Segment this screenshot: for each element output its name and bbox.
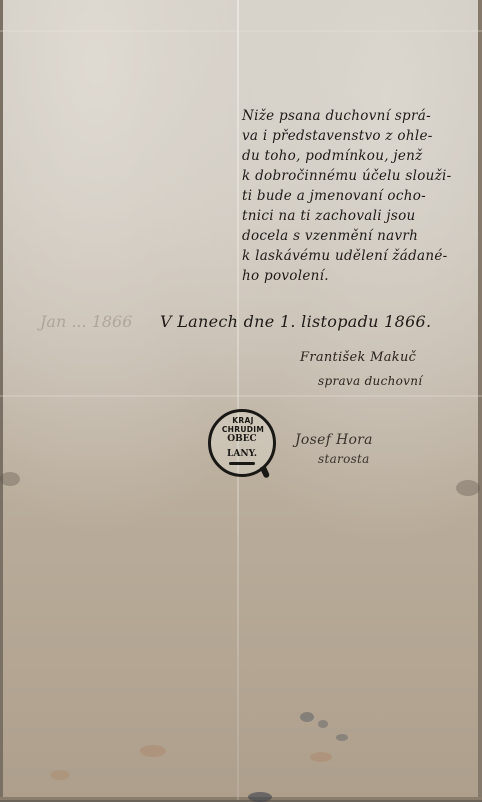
signature-name: Josef Hora bbox=[295, 432, 373, 448]
rust-stain bbox=[50, 770, 70, 780]
body-line: ho povolení. bbox=[242, 268, 329, 284]
stamp-ornament-icon bbox=[229, 462, 255, 465]
horizontal-fold-crease bbox=[0, 30, 482, 32]
body-line: ti bude a jmenovaní ocho- bbox=[242, 188, 426, 204]
stamp-arc-text: KRAJ CHRUDIM bbox=[217, 416, 269, 434]
body-line: tnici na ti zachovali jsou bbox=[242, 208, 416, 224]
signature-role: starosta bbox=[318, 452, 370, 466]
ink-stain bbox=[336, 734, 348, 741]
horizontal-fold-crease bbox=[0, 395, 482, 397]
dark-spot bbox=[248, 792, 272, 800]
rust-stain bbox=[310, 752, 332, 762]
body-line: k laskávému udělení žádané- bbox=[242, 248, 448, 264]
vertical-fold-crease bbox=[237, 0, 239, 800]
page-edge-left bbox=[0, 0, 3, 800]
ink-drip bbox=[260, 465, 271, 478]
ink-stain bbox=[318, 720, 328, 728]
page-edge-right bbox=[478, 0, 482, 800]
signature-name: František Makuč bbox=[300, 350, 416, 365]
document-page: Jan ... 1866 Niže psana duchovní sprá- v… bbox=[0, 0, 482, 800]
body-line: Niže psana duchovní sprá- bbox=[242, 108, 431, 124]
body-line: va i představenstvo z ohle- bbox=[242, 128, 433, 144]
faded-bleedthrough-text: Jan ... 1866 bbox=[40, 312, 132, 331]
stamp-bottom-text: LANY. bbox=[211, 449, 273, 459]
rust-stain bbox=[140, 745, 166, 757]
signature-role: sprava duchovní bbox=[318, 374, 422, 388]
body-line: docela s vzenmění navrh bbox=[242, 228, 418, 244]
dark-spot bbox=[0, 472, 20, 486]
body-line: k dobročinnému účelu slouži- bbox=[242, 168, 452, 184]
dark-spot bbox=[456, 480, 480, 496]
body-line: du toho, podmínkou, jenž bbox=[242, 148, 423, 164]
stamp-middle-text: OBEC bbox=[211, 434, 273, 444]
dateline: V Lanech dne 1. listopadu 1866. bbox=[160, 312, 431, 331]
ink-stain bbox=[300, 712, 314, 722]
